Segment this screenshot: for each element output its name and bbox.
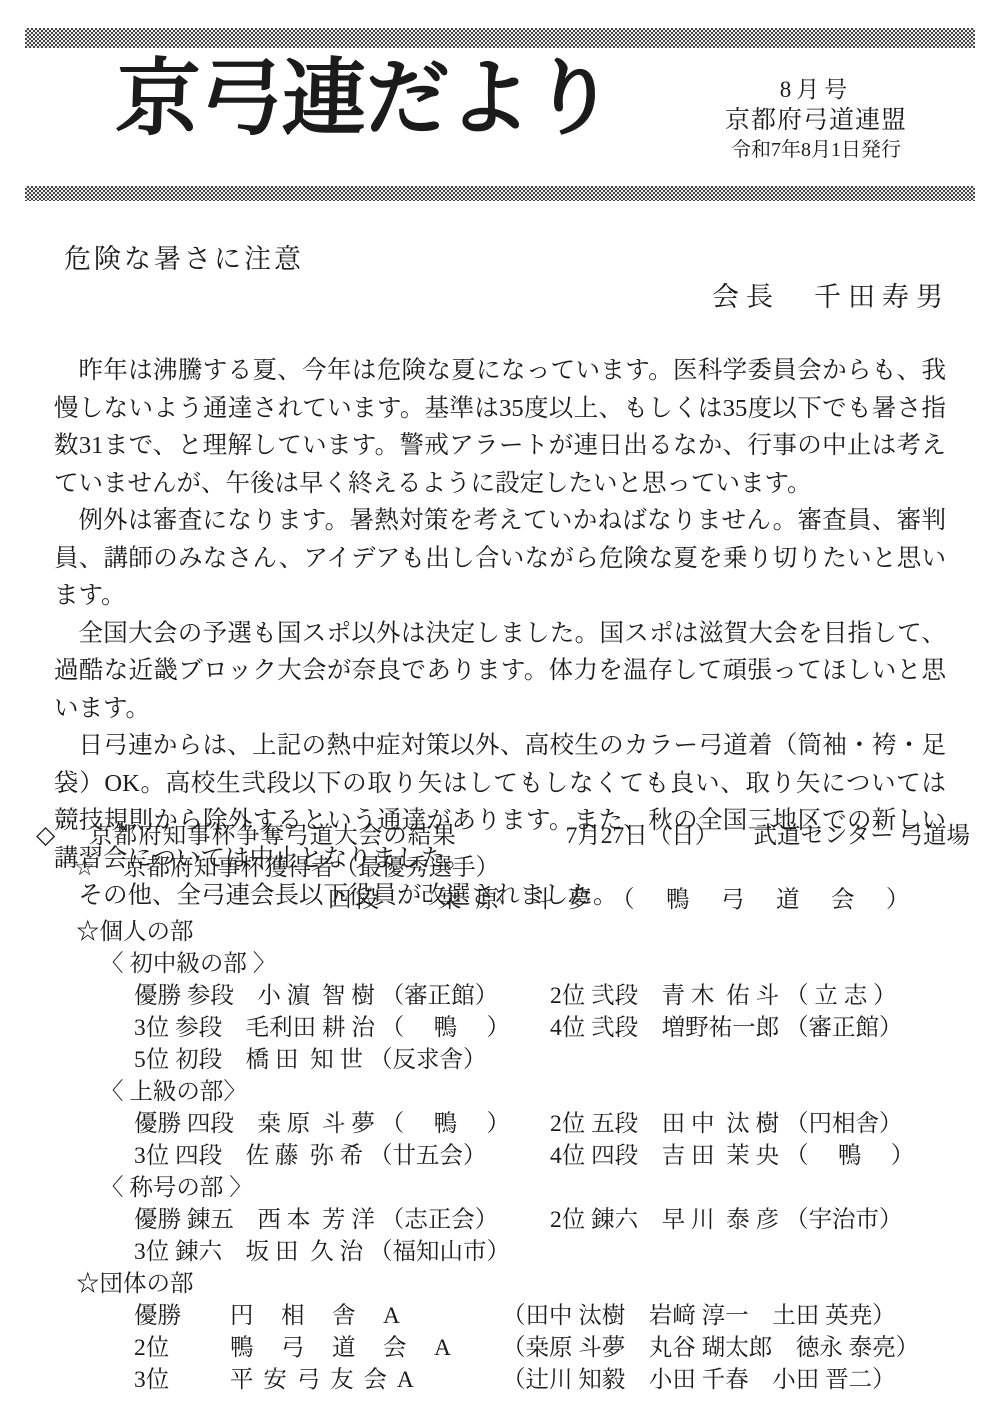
lead-article: 危険な暑さに注意 会長 千田寿男 昨年は沸騰する夏、今年は危険な夏になっています… (0, 244, 1000, 915)
mvp-heading-row: ☆ 京都府知事杯獲得者（最優秀選手） (74, 852, 1000, 884)
team-result-row: 3位 平 安 弓 友 会 A （辻川 知毅 小田 千春 小田 晋二） (0, 1364, 1000, 1396)
individual-division-heading: ☆個人の部 (76, 916, 1000, 948)
team-members: （辻川 知毅 小田 千春 小田 晋二） (502, 1364, 1000, 1396)
organization-name: 京都府弓道連盟 (678, 108, 954, 133)
masthead-bottom-band (25, 186, 975, 201)
result-cell: 4位 四段 吉 田 茉 央 （ 鴨 ） (550, 1140, 1000, 1172)
masthead-top-band (25, 28, 975, 48)
article-paragraph-2: 例外は審査になります。暑熱対策を考えていかねばなりません。審査員、審判員、講師の… (54, 502, 946, 615)
result-cell: 2位 錬六 早 川 泰 彦 （宇治市） (550, 1204, 1000, 1236)
result-cell: 2位 弐段 青 木 佑 斗 （ 立 志 ） (550, 980, 1000, 1012)
result-row: 3位 錬六 坂 田 久 治 （福知山市） (0, 1236, 1000, 1268)
article-heading: 危険な暑さに注意 (64, 244, 1000, 274)
article-paragraph-1: 昨年は沸騰する夏、今年は危険な夏になっています。医科学委員会からも、我慢しないよ… (54, 352, 946, 502)
result-cell: 2位 五段 田 中 汰 樹 （円相舎） (550, 1108, 1000, 1140)
result-row: 3位 参段 毛利田 耕 治 （ 鴨 ） 4位 弐段 増野祐一郎 （審正館） (0, 1012, 1000, 1044)
result-cell: 3位 錬六 坂 田 久 治 （福知山市） (134, 1236, 550, 1268)
team-rank: 2位 (134, 1332, 230, 1364)
team-name: 平 安 弓 友 会 A (230, 1364, 502, 1396)
newsletter-page: 京弓連だより 8月号 京都府弓道連盟 令和7年8月1日発行 危険な暑さに注意 会… (0, 0, 1000, 1410)
issue-label: 8月号 (678, 78, 954, 101)
star-icon: ☆ (74, 852, 95, 884)
article-byline: 会長 千田寿男 (0, 282, 950, 312)
result-cell (550, 1044, 1000, 1076)
group-title-advanced: 〈 上級の部〉 (100, 1076, 1000, 1108)
team-result-row: 2位 鴨 弓 道 会 A （桒原 斗夢 丸谷 瑚太郎 徳永 泰亮） (0, 1332, 1000, 1364)
team-name: 円 相 舎 A (230, 1300, 502, 1332)
results-header: ◇ 京都府知事杯争奪弓道大会の結果 7月27日（日） 武道センター 弓道場 (0, 820, 1000, 852)
result-cell: 優勝 四段 桒 原 斗 夢 （ 鴨 ） (134, 1108, 550, 1140)
article-paragraph-3: 全国大会の予選も国スポ以外は決定しました。国スポは滋賀大会を目指して、過酷な近畿… (54, 615, 946, 728)
publish-date: 令和7年8月1日発行 (678, 140, 954, 160)
result-cell: 5位 初段 橋 田 知 世 （反求舎） (134, 1044, 550, 1076)
team-rank: 優勝 (134, 1300, 230, 1332)
team-members: （桒原 斗夢 丸谷 瑚太郎 徳永 泰亮） (502, 1332, 1000, 1364)
results-title: 京都府知事杯争奪弓道大会の結果 (89, 820, 457, 852)
team-name: 鴨 弓 道 会 A (230, 1332, 502, 1364)
result-row: 優勝 四段 桒 原 斗 夢 （ 鴨 ） 2位 五段 田 中 汰 樹 （円相舎） (0, 1108, 1000, 1140)
mvp-winner-line: 四段 桒 原 斗 夢 （ 鴨 弓 道 会 ） (328, 884, 1000, 916)
group-title-titled: 〈 称号の部 〉 (100, 1172, 1000, 1204)
tournament-results-section: ◇ 京都府知事杯争奪弓道大会の結果 7月27日（日） 武道センター 弓道場 ☆ … (0, 820, 1000, 1396)
team-division-heading: ☆団体の部 (76, 1268, 1000, 1300)
mvp-heading: 京都府知事杯獲得者（最優秀選手） (123, 852, 499, 884)
result-row: 優勝 参段 小 濵 智 樹 （審正館） 2位 弐段 青 木 佑 斗 （ 立 志 … (0, 980, 1000, 1012)
diamond-marker-icon: ◇ (36, 820, 55, 852)
newsletter-title: 京弓連だより (114, 52, 615, 149)
result-row: 優勝 錬五 西 本 芳 洋 （志正会） 2位 錬六 早 川 泰 彦 （宇治市） (0, 1204, 1000, 1236)
result-cell: 3位 四段 佐 藤 弥 希 （廿五会） (134, 1140, 550, 1172)
results-date-venue: 7月27日（日） 武道センター 弓道場 (566, 820, 970, 852)
result-cell: 優勝 参段 小 濵 智 樹 （審正館） (134, 980, 550, 1012)
result-cell: 4位 弐段 増野祐一郎 （審正館） (550, 1012, 1000, 1044)
result-cell (550, 1236, 1000, 1268)
result-cell: 3位 参段 毛利田 耕 治 （ 鴨 ） (134, 1012, 550, 1044)
result-cell: 優勝 錬五 西 本 芳 洋 （志正会） (134, 1204, 550, 1236)
result-row: 5位 初段 橋 田 知 世 （反求舎） (0, 1044, 1000, 1076)
masthead-info-block: 8月号 京都府弓道連盟 令和7年8月1日発行 (678, 78, 954, 160)
group-title-beginner: 〈 初中級の部 〉 (100, 948, 1000, 980)
team-result-row: 優勝 円 相 舎 A （田中 汰樹 岩﨑 淳一 土田 英尭） (0, 1300, 1000, 1332)
result-row: 3位 四段 佐 藤 弥 希 （廿五会） 4位 四段 吉 田 茉 央 （ 鴨 ） (0, 1140, 1000, 1172)
team-rank: 3位 (134, 1364, 230, 1396)
team-members: （田中 汰樹 岩﨑 淳一 土田 英尭） (502, 1300, 1000, 1332)
